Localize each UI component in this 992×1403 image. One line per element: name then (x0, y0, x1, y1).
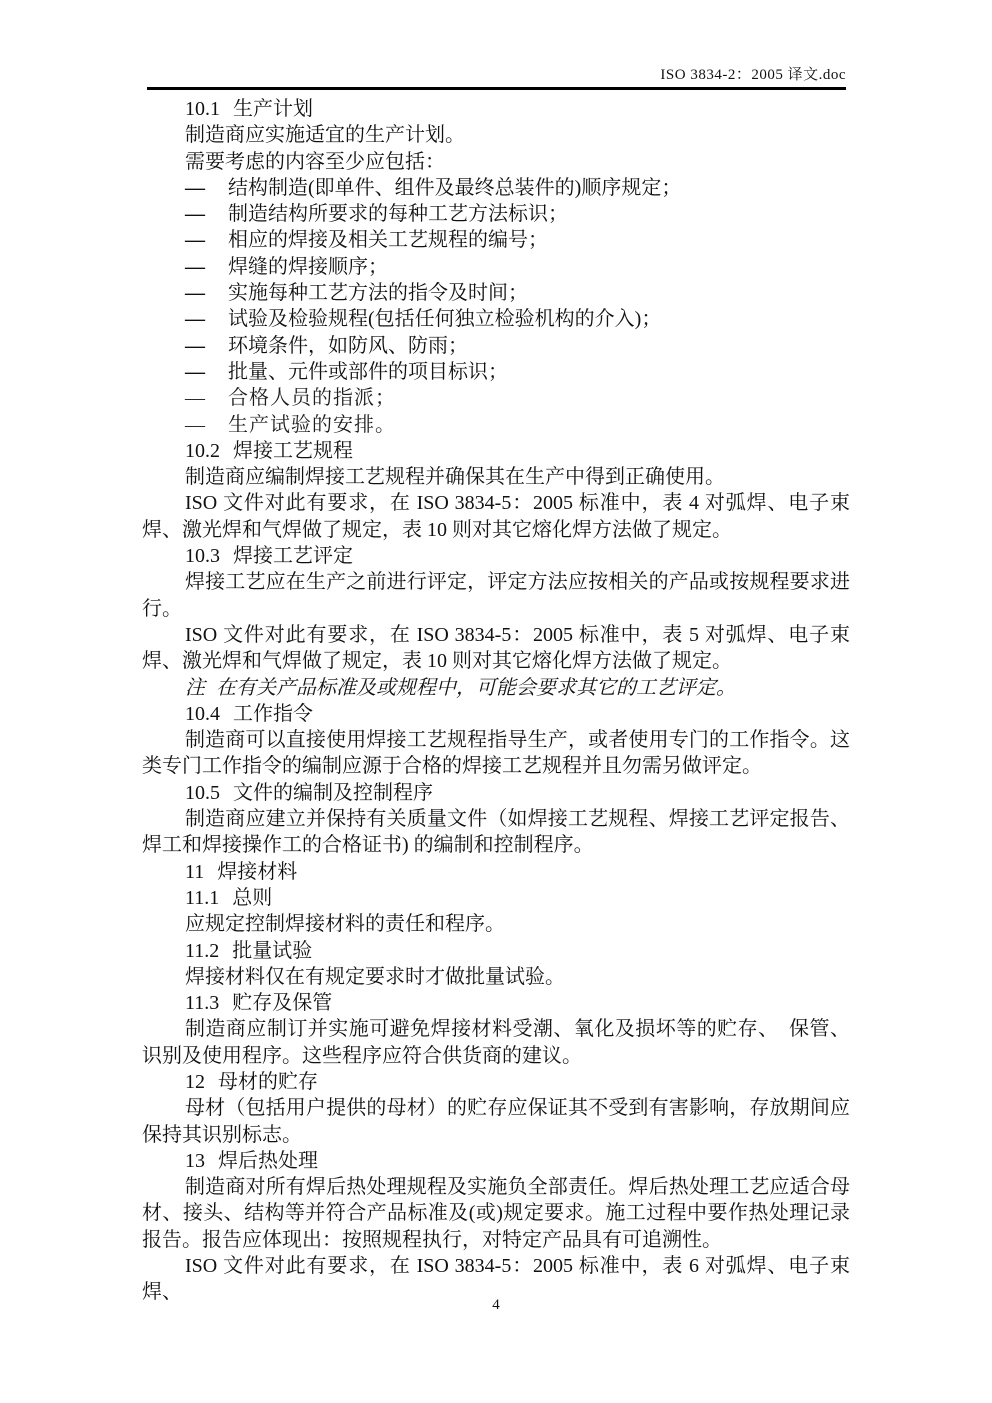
paragraph: 应规定控制焊接材料的责任和程序。 (142, 911, 850, 937)
paragraph: 制造商应建立并保持有关质量文件（如焊接工艺规程、焊接工艺评定报告、焊工和焊接操作… (142, 806, 850, 859)
bullet-dash-icon: — (185, 254, 228, 280)
section-number: 13 (185, 1148, 205, 1174)
paragraph: 制造商对所有焊后热处理规程及实施负全部责任。焊后热处理工艺应适合母材、接头、结构… (142, 1174, 850, 1253)
bullet-dash-icon: — (185, 227, 228, 253)
section-heading: 10.4工作指令 (142, 701, 850, 727)
bullet-item: —实施每种工艺方法的指令及时间； (142, 280, 850, 306)
bullet-text: 试验及检验规程(包括任何独立检验机构的介入)； (228, 306, 661, 332)
section-title: 焊后热处理 (218, 1148, 318, 1174)
bullet-dash-icon: — (185, 175, 228, 201)
section-number: 12 (185, 1069, 205, 1095)
section-number: 10.3 (185, 543, 220, 569)
section-heading: 10.2焊接工艺规程 (142, 438, 850, 464)
section-heading: 11焊接材料 (142, 859, 850, 885)
header-doc-title: ISO 3834-2：2005 译文.doc (147, 63, 846, 84)
paragraph: 制造商可以直接使用焊接工艺规程指导生产，或者使用专门的工作指令。这类专门工作指令… (142, 727, 850, 780)
bullet-dash-icon: — (185, 306, 228, 332)
bullet-item: —合格人员的指派； (142, 385, 850, 411)
bullet-item: —焊缝的焊接顺序； (142, 254, 850, 280)
document-page: ISO 3834-2：2005 译文.doc 10.1生产计划制造商应实施适宜的… (0, 0, 992, 1403)
section-number: 10.4 (185, 701, 220, 727)
paragraph: ISO 文件对此有要求，在 ISO 3834-5：2005 标准中，表 5 对弧… (142, 622, 850, 675)
bullet-text: 实施每种工艺方法的指令及时间； (228, 280, 528, 306)
bullet-dash-icon: — (185, 333, 228, 359)
section-heading: 11.1总则 (142, 885, 850, 911)
bullet-text: 合格人员的指派； (228, 385, 396, 411)
section-title: 生产计划 (233, 96, 313, 122)
paragraph: 制造商应编制焊接工艺规程并确保其在生产中得到正确使用。 (142, 464, 850, 490)
paragraph: ISO 文件对此有要求，在 ISO 3834-5：2005 标准中，表 4 对弧… (142, 490, 850, 543)
paragraph: 母材（包括用户提供的母材）的贮存应保证其不受到有害影响，存放期间应保持其识别标志… (142, 1095, 850, 1148)
section-number: 11.3 (185, 990, 219, 1016)
bullet-item: —生产试验的安排。 (142, 412, 850, 438)
section-number: 11 (185, 859, 204, 885)
note-line: 注在有关产品标准及或规程中，可能会要求其它的工艺评定。 (142, 675, 850, 701)
bullet-dash-icon: — (185, 280, 228, 306)
bullet-text: 结构制造(即单件、组件及最终总装件的)顺序规定； (228, 175, 681, 201)
note-label: 注 (185, 675, 205, 701)
section-number: 11.2 (185, 938, 219, 964)
document-body: 10.1生产计划制造商应实施适宜的生产计划。需要考虑的内容至少应包括：—结构制造… (142, 96, 850, 1306)
paragraph: 需要考虑的内容至少应包括： (142, 149, 850, 175)
bullet-item: —相应的焊接及相关工艺规程的编号； (142, 227, 850, 253)
section-heading: 10.1生产计划 (142, 96, 850, 122)
bullet-text: 焊缝的焊接顺序； (228, 254, 388, 280)
section-title: 贮存及保管 (232, 990, 332, 1016)
bullet-dash-icon: — (185, 201, 228, 227)
bullet-item: —环境条件，如防风、防雨； (142, 333, 850, 359)
section-heading: 11.3贮存及保管 (142, 990, 850, 1016)
bullet-item: —试验及检验规程(包括任何独立检验机构的介入)； (142, 306, 850, 332)
bullet-item: —制造结构所要求的每种工艺方法标识； (142, 201, 850, 227)
bullet-item: —批量、元件或部件的项目标识； (142, 359, 850, 385)
section-heading: 11.2批量试验 (142, 938, 850, 964)
section-heading: 13焊后热处理 (142, 1148, 850, 1174)
bullet-item: —结构制造(即单件、组件及最终总装件的)顺序规定； (142, 175, 850, 201)
bullet-text: 制造结构所要求的每种工艺方法标识； (228, 201, 568, 227)
bullet-dash-icon: — (185, 359, 228, 385)
section-title: 焊接工艺评定 (233, 543, 353, 569)
section-title: 批量试验 (232, 938, 312, 964)
section-number: 10.5 (185, 780, 220, 806)
section-number: 11.1 (185, 885, 219, 911)
section-number: 10.1 (185, 96, 220, 122)
bullet-text: 相应的焊接及相关工艺规程的编号； (228, 227, 548, 253)
bullet-text: 生产试验的安排。 (228, 412, 396, 438)
section-number: 10.2 (185, 438, 220, 464)
bullet-text: 环境条件，如防风、防雨； (228, 333, 468, 359)
section-title: 文件的编制及控制程序 (233, 780, 433, 806)
section-title: 工作指令 (233, 701, 313, 727)
bullet-dash-icon: — (185, 412, 228, 438)
section-heading: 12母材的贮存 (142, 1069, 850, 1095)
section-heading: 10.5文件的编制及控制程序 (142, 780, 850, 806)
paragraph: 焊接材料仅在有规定要求时才做批量试验。 (142, 964, 850, 990)
section-title: 焊接材料 (217, 859, 297, 885)
paragraph: 焊接工艺应在生产之前进行评定，评定方法应按相关的产品或按规程要求进行。 (142, 569, 850, 622)
section-title: 焊接工艺规程 (233, 438, 353, 464)
paragraph: 制造商应制订并实施可避免焊接材料受潮、氧化及损坏等的贮存、 保管、识别及使用程序… (142, 1016, 850, 1069)
header-rule (147, 87, 846, 90)
page-number: 4 (0, 1297, 992, 1314)
bullet-text: 批量、元件或部件的项目标识； (228, 359, 508, 385)
section-heading: 10.3焊接工艺评定 (142, 543, 850, 569)
paragraph: 制造商应实施适宜的生产计划。 (142, 122, 850, 148)
section-title: 总则 (232, 885, 272, 911)
section-title: 母材的贮存 (218, 1069, 318, 1095)
note-text: 在有关产品标准及或规程中，可能会要求其它的工艺评定。 (216, 675, 736, 701)
bullet-dash-icon: — (185, 385, 228, 411)
